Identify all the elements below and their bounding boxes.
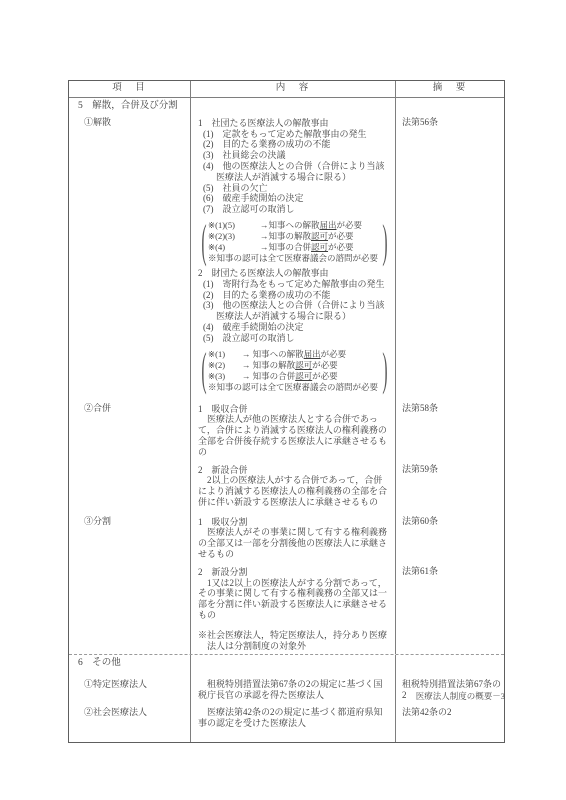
row-merger-new: 2 新設合併 2以上の医療法人がする合併であって，合併により消滅する医療法人の権… (69, 461, 504, 513)
label-shakai: ②社会医療法人 (78, 707, 187, 718)
summary-cell-merger-new: 法第59条 (396, 461, 504, 513)
summary-cell-shakai: 法第42条の2 (396, 704, 504, 742)
content-cell-merger-absorption: 1 吸収合併 医療法人が他の医療法人とする合併であって，合併により消滅する医療法… (191, 400, 396, 461)
heading-merger-absorption: 1 吸収合併 (198, 404, 389, 415)
note-line-label: ※(2) (208, 360, 242, 371)
law-ref: 法第42条の2 (402, 707, 501, 718)
heading-merger-new: 2 新設合併 (198, 465, 389, 476)
section6-title: 6 その他 (69, 655, 191, 676)
note-line-text: → 知事への解散届出が必要 (242, 349, 346, 360)
content-cell-division-absorption: 1 吸収分割 医療法人がその事業に関して有する権利義務の全部又は一部を分割後他の… (191, 513, 396, 563)
note-line: ※(1)(5) →知事への解散届出が必要 (208, 220, 380, 231)
empty-cell (396, 98, 504, 114)
row-merger-absorption: ②合併 1 吸収合併 医療法人が他の医療法人とする合併であって，合併により消滅す… (69, 400, 504, 461)
heading-shadan-dissolution: 1 社団たる医療法人の解散事由 (198, 118, 389, 129)
item-cell-dissolution: ①解散 (69, 114, 191, 400)
list-item: (5) 社員の欠亡 (203, 183, 389, 194)
list-item: (6) 破産手続開始の決定 (203, 193, 389, 204)
body-shakai: 医療法第42条の2の規定に基づく都道府県知事の認定を受けた医療法人 (198, 707, 389, 729)
law-ref: 法第59条 (402, 464, 501, 475)
list-shadan-dissolution: (1) 定款をもって定めた解散事由の発生 (2) 目的たる業務の成功の不能 (3… (198, 129, 389, 215)
list-zaidan-dissolution: (1) 寄附行為をもって定めた解散事由の発生 (2) 目的たる業務の成功の不能 … (198, 279, 389, 344)
note-line: ※(1) → 知事への解散届出が必要 (208, 349, 380, 360)
list-item: (3) 他の医療法人との合併（合併により当該医療法人が消滅する場合に限る） (203, 300, 389, 322)
heading-zaidan-dissolution: 2 財団たる医療法人の解散事由 (198, 268, 389, 279)
note-line-text: → 知事の合併認可が必要 (242, 371, 338, 382)
note-footer: ※知事の認可は全て医療審議会の諮問が必要 (208, 382, 380, 393)
list-item: (4) 他の医療法人との合併（合併により当該医療法人が消滅する場合に限る） (203, 161, 389, 183)
item-cell-division: ③分割 (69, 513, 191, 563)
empty-cell (191, 98, 396, 114)
note-bracket-open-icon: ( (199, 348, 208, 394)
summary-cell-division-new: 法第61条 (396, 563, 504, 655)
row-division-absorption: ③分割 1 吸収分割 医療法人がその事業に関して有する権利義務の全部又は一部を分… (69, 513, 504, 563)
label-division: ③分割 (78, 516, 187, 527)
note-body: ※(1)(5) →知事への解散届出が必要 ※(2)(3) →知事の解散認可が必要… (208, 219, 380, 265)
summary-cell-merger-absorption: 法第58条 (396, 400, 504, 461)
summary-table: 項 目 内 容 摘 要 5 解散，合併及び分割 ①解散 1 社団たる医療法人の解… (68, 80, 505, 743)
page-footer: 医療法人制度の概要－3 (68, 691, 505, 702)
note-line: ※(4) →知事の合併認可が必要 (208, 242, 380, 253)
list-item: (2) 目的たる業務の成功の不能 (203, 290, 389, 301)
note-box-zaidan: ( ※(1) → 知事への解散届出が必要 ※(2) → 知事の解散認可が必要 ※… (199, 348, 389, 394)
list-item: (2) 目的たる業務の成功の不能 (203, 139, 389, 150)
section5-title: 5 解散，合併及び分割 (69, 98, 191, 114)
note-footer: ※知事の認可は全て医療審議会の諮問が必要 (208, 253, 380, 264)
law-ref: 法第61条 (402, 566, 501, 577)
note-line-text: →知事への解散届出が必要 (260, 220, 362, 231)
row-shakai-houjin: ②社会医療法人 医療法第42条の2の規定に基づく都道府県知事の認定を受けた医療法… (69, 704, 504, 742)
note-line-text: →知事の合併認可が必要 (260, 242, 354, 253)
note-line-label: ※(1) (208, 349, 242, 360)
note-line: ※(3) → 知事の合併認可が必要 (208, 371, 380, 382)
column-header-item: 項 目 (69, 81, 191, 97)
summary-cell-division-absorption: 法第60条 (396, 513, 504, 563)
note-bracket-close-icon: ) (380, 348, 389, 394)
row-division-new: 2 新設分割 1又は2以上の医療法人がする分割であって，その事業に関して有する権… (69, 563, 504, 655)
content-cell-merger-new: 2 新設合併 2以上の医療法人がする合併であって，合併により消滅する医療法人の権… (191, 461, 396, 513)
label-dissolution: ①解散 (78, 117, 187, 128)
item-cell-merger: ②合併 (69, 400, 191, 461)
list-item: (3) 社員総会の決議 (203, 150, 389, 161)
list-item: (1) 定款をもって定めた解散事由の発生 (203, 129, 389, 140)
law-ref: 法第60条 (402, 516, 501, 527)
body-merger-absorption: 医療法人が他の医療法人とする合併であって，合併により消滅する医療法人の権利義務の… (198, 414, 389, 457)
note-line: ※(2)(3) →知事の解散認可が必要 (208, 231, 380, 242)
note-line-label: ※(4) (208, 242, 260, 253)
row-section5-title: 5 解散，合併及び分割 (69, 98, 504, 114)
note-line-text: → 知事の解散認可が必要 (242, 360, 338, 371)
note-bracket-close-icon: ) (380, 219, 389, 265)
note-line-label: ※(1)(5) (208, 220, 260, 231)
summary-cell-dissolution: 法第56条 (396, 114, 504, 400)
heading-division-absorption: 1 吸収分割 (198, 517, 389, 528)
law-ref: 法第58条 (402, 403, 501, 414)
label-merger: ②合併 (78, 403, 187, 414)
note-line-label: ※(3) (208, 371, 242, 382)
row-section6-title: 6 その他 (69, 654, 504, 676)
content-cell-shakai: 医療法第42条の2の規定に基づく都道府県知事の認定を受けた医療法人 (191, 704, 396, 742)
note-body: ※(1) → 知事への解散届出が必要 ※(2) → 知事の解散認可が必要 ※(3… (208, 348, 380, 394)
note-bracket-open-icon: ( (199, 219, 208, 265)
label-tokutei: ①特定医療法人 (78, 679, 187, 690)
column-header-content: 内 容 (191, 81, 396, 97)
law-ref: 法第56条 (402, 117, 501, 128)
document-page: 項 目 内 容 摘 要 5 解散，合併及び分割 ①解散 1 社団たる医療法人の解… (0, 0, 566, 800)
content-cell-dissolution: 1 社団たる医療法人の解散事由 (1) 定款をもって定めた解散事由の発生 (2)… (191, 114, 396, 400)
note-line-text: →知事の解散認可が必要 (260, 231, 354, 242)
list-item: (4) 破産手続開始の決定 (203, 322, 389, 333)
list-item: (7) 設立認可の取消し (203, 204, 389, 215)
empty-cell (396, 655, 504, 676)
content-cell-division-new: 2 新設分割 1又は2以上の医療法人がする分割であって，その事業に関して有する権… (191, 563, 396, 655)
item-cell-empty (69, 461, 191, 513)
note-box-shadan: ( ※(1)(5) →知事への解散届出が必要 ※(2)(3) →知事の解散認可が… (199, 219, 389, 265)
table-header-row: 項 目 内 容 摘 要 (69, 81, 504, 98)
body-division-new: 1又は2以上の医療法人がする分割であって，その事業に関して有する権利義務の全部又… (198, 578, 389, 621)
note-line: ※(2) → 知事の解散認可が必要 (208, 360, 380, 371)
body-merger-new: 2以上の医療法人がする合併であって，合併により消滅する医療法人の権利義務の全部を… (198, 475, 389, 507)
note-line-label: ※(2)(3) (208, 231, 260, 242)
item-cell-empty (69, 563, 191, 655)
body-division-absorption: 医療法人がその事業に関して有する権利義務の全部又は一部を分割後他の医療法人に承継… (198, 527, 389, 559)
list-item: (5) 設立認可の取消し (203, 333, 389, 344)
heading-division-new: 2 新設分割 (198, 567, 389, 578)
item-cell-shakai: ②社会医療法人 (69, 704, 191, 742)
row-dissolution: ①解散 1 社団たる医療法人の解散事由 (1) 定款をもって定めた解散事由の発生… (69, 114, 504, 400)
list-item: (1) 寄附行為をもって定めた解散事由の発生 (203, 279, 389, 290)
empty-cell (191, 655, 396, 676)
column-header-summary: 摘 要 (396, 81, 504, 97)
note-division-exclusion: ※社会医療法人，特定医療法人，持分あり医療法人は分割制度の対象外 (198, 630, 389, 652)
